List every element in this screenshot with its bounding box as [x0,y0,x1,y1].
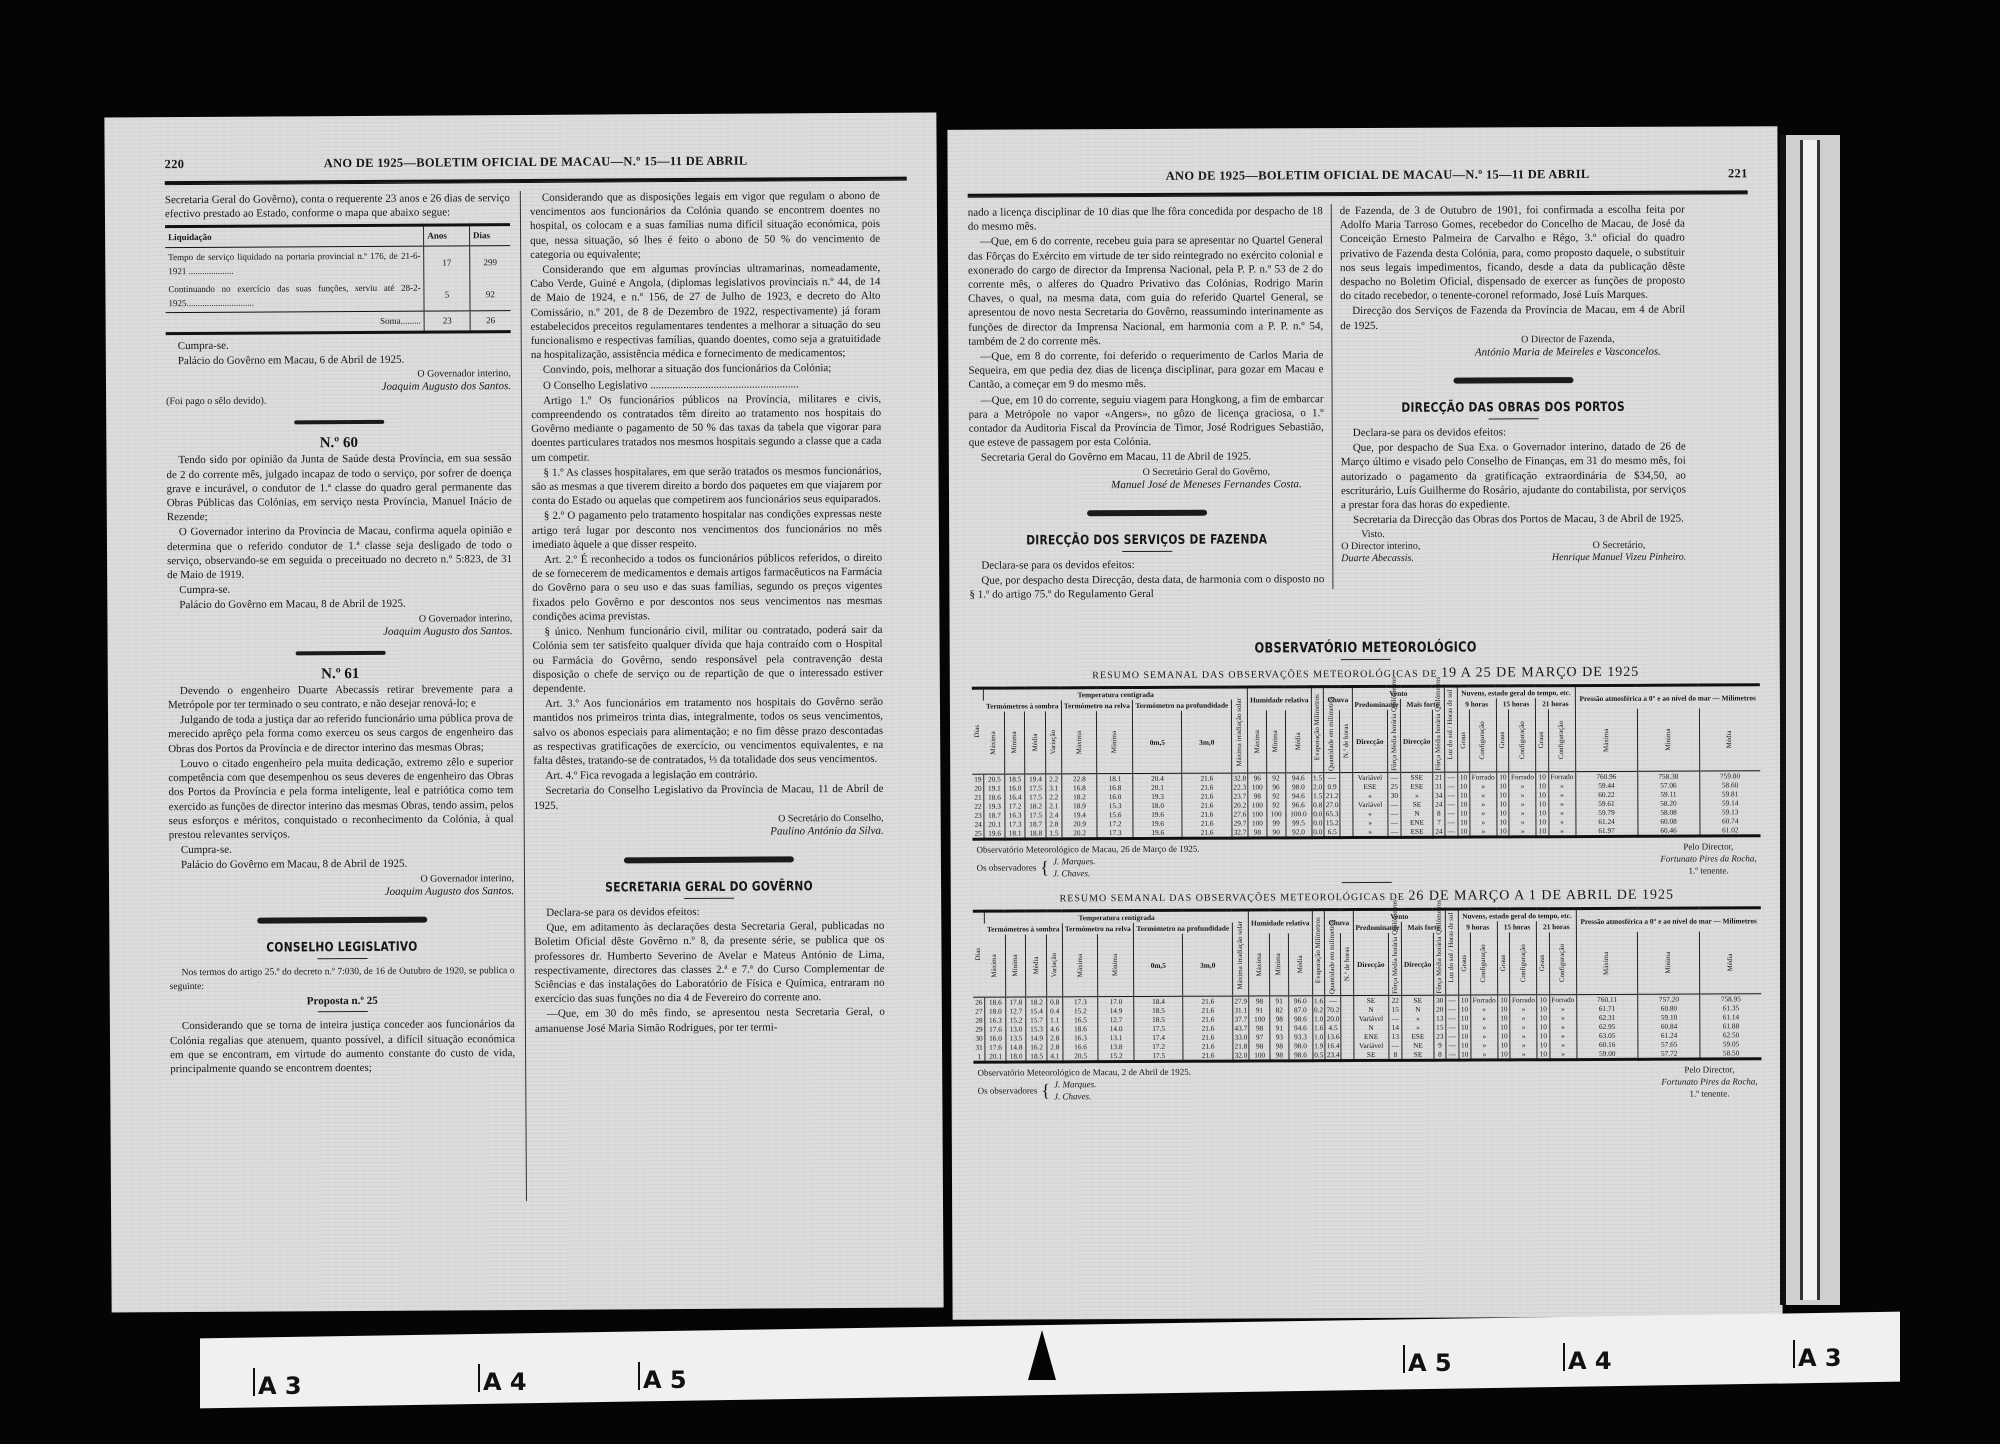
cell: 15.2 [1324,818,1340,827]
header-text: Graus [1499,933,1508,993]
signature-name: Henrique Manuel Vizeu Pinheiro. [1552,552,1686,564]
cell: 82 [1270,1005,1288,1014]
cell: » [1470,826,1497,837]
cell: 10 [1497,817,1509,826]
separator [684,898,734,899]
paragraph: Palácio do Govêrno em Macau, 8 de Abril … [169,856,514,872]
observers-label: Os observadores [977,861,1037,873]
sub: Mínima [1004,711,1025,774]
cell: » [1471,1013,1498,1022]
cell: 1 [973,1052,985,1063]
column-divider [1331,204,1334,589]
cell: 17.5 [1025,783,1046,792]
paragraph: Devendo o engenheiro Duarte Abecassis re… [168,682,513,713]
cell: 28 [973,1016,985,1025]
running-title: ANO DE 1925—BOLETIM OFICIAL DE MACAU—N.º… [1008,166,1748,184]
cell: 21.6 [1182,810,1231,819]
cell: 1.5 [1311,791,1324,800]
cell: Forrado [1509,772,1536,782]
cell: 23.7 [1232,792,1248,801]
cell: 1.0 [1312,1032,1325,1041]
cell: 16.2 [1026,1042,1047,1051]
paragraph: Direcção dos Serviços de Fazenda da Prov… [1340,303,1685,333]
cell: 10 [1537,1004,1549,1013]
header-text: Média [1032,935,1041,995]
sub: Máxima [1062,934,1098,997]
cell: 2.8 [1046,819,1062,828]
cell: » [1402,1023,1433,1032]
header-9h: 9 horas [1457,698,1496,709]
sub: Direcção [1402,933,1434,996]
paragraph: Cumpra-se. [167,581,512,597]
cell: » [1549,1004,1576,1013]
sub: Mínima [1097,711,1133,774]
cell: 99 [1267,818,1286,827]
cell [1340,773,1352,783]
cell: SE [1401,800,1432,809]
observers-names: J. Marques.J. Chaves. [1053,855,1096,879]
cell: 17.2 [1097,819,1133,828]
header-pressao: Pressão atmosférica a 0° e ao nível do m… [1576,908,1761,932]
cell: 760.11 [1576,994,1638,1004]
cell: » [1549,826,1576,837]
cell: 32.7 [1232,828,1248,839]
gutter-notch [1028,1330,1056,1380]
rank: 1.º tenente. [1661,1087,1757,1099]
cell: 60.80 [1638,1004,1700,1013]
cell: 10 [1457,791,1469,800]
cell: 57.65 [1638,1040,1700,1049]
separator [295,651,385,656]
header-text: Configuração [1518,710,1527,770]
liquidacao-table: Liquidação Anos Dias Tempo de serviço li… [165,223,511,334]
cell: 16.5 [1063,1015,1099,1024]
cell: 18.8 [1025,828,1046,839]
header-irrad: Máxima irradiação solar [1232,923,1249,997]
cell: 21.6 [1182,773,1231,783]
cell: 59.61 [1575,799,1637,808]
cell: 10 [1458,1041,1470,1050]
cell: 59.13 [1700,807,1761,816]
pelo-label: Pelo Director, [1661,1063,1757,1075]
cell: — [1388,818,1402,827]
header-15h: 15 horas [1497,921,1536,932]
cell: 6.5 [1324,827,1340,838]
header-text: Mínima [1271,711,1280,771]
cell: 15.3 [1026,1024,1047,1033]
cell: 18.6 [984,793,1005,802]
tick-icon [1793,1340,1795,1368]
cell: » [1402,1014,1433,1023]
header-evap: Evaporação Milímetros [1311,687,1324,773]
cell: 299 [470,245,511,278]
header-text: Quantidade em milímetros [1327,711,1336,771]
cell: 98 [1249,1023,1270,1032]
cell: — [1445,782,1457,791]
paragraph: Cumpra-se. [166,337,511,353]
col-dias: Dias [973,911,985,997]
cell: Soma......... [166,312,425,334]
header-text: Média [1726,932,1735,992]
cell: 18.0 [985,1007,1006,1016]
section-header: SECRETARIA GERAL DO GOVÊRNO [566,880,853,896]
cell: 62.95 [1576,1022,1638,1031]
cell: 61.02 [1700,825,1761,836]
cell: 10 [1498,1049,1510,1060]
cell: 98 [1248,827,1267,838]
cell: 12.7 [1006,1006,1027,1015]
paragraph: nado a licença disciplinar de 10 dias qu… [968,204,1323,234]
cell: 2.2 [1046,774,1062,784]
cell: — [1446,1023,1458,1032]
observer-name: J. Chaves. [1054,1091,1091,1101]
signature-name: Joaquim Augusto dos Santos. [382,380,511,393]
sub: 0m,5 [1132,711,1182,774]
cell: » [1550,1031,1577,1040]
sub: N.º de horas [1341,933,1354,996]
sub: Máxima [1061,711,1097,774]
sub: Variação [1045,711,1061,774]
cell: ESE [1353,782,1388,791]
cell: 100 [1248,818,1267,827]
cell: — [1446,1032,1458,1041]
cell: 759.80 [1699,771,1760,781]
header-pressao: Pressão atmosférica a 0° e ao nível do m… [1575,685,1760,709]
cell: — [1445,827,1457,838]
cell: » [1509,799,1536,808]
cell: 98.6 [1289,1050,1313,1061]
footer-right: Pelo Director, Fortunato Pires da Rocha,… [1661,1063,1757,1099]
separator [624,856,794,863]
cell: 58.50 [1700,1048,1761,1059]
cell: 20.2 [1232,801,1248,810]
cell: 10 [1498,1013,1510,1022]
observers-names: J. Marques.J. Chaves. [1054,1078,1097,1102]
cell: 17.3 [1097,828,1133,839]
cell: » [1510,1049,1537,1060]
mark-label: A 4 [483,1368,527,1396]
cell: 2.8 [1047,1042,1063,1051]
header-text: Média [1031,712,1040,772]
cell: — [1445,809,1457,818]
cell: 2.8 [1047,1033,1063,1042]
signature-name: Duarte Abecassis. [1341,553,1414,564]
cell: 19 [972,774,984,784]
section-header: CONSELHO LEGISLATIVO [200,940,483,956]
cell: 10 [1457,800,1469,809]
cell: 23 [972,811,984,820]
cell: 0.0 [1312,818,1325,827]
paragraph: Que, em aditamento às declarações desta … [534,919,885,1006]
cell: 37.7 [1233,1015,1249,1024]
cell: » [1509,817,1536,826]
sub: Fôrça Média horária Quilómetros [1433,933,1446,996]
cell: 59.81 [1699,789,1760,798]
cell: 24 [1433,827,1445,838]
header-text: Evaporação Milímetros [1314,923,1323,983]
cell: SE [1402,995,1433,1005]
observer-name: J. Chaves. [1053,868,1090,878]
cell: 10 [1498,1022,1510,1031]
header-text: Variação [1049,712,1058,772]
sub: Máxima [1575,709,1637,772]
header-text: Máxima [1602,710,1611,770]
cell: 91 [1249,1005,1270,1014]
cell: 62.31 [1576,1013,1638,1022]
footer-left: Observatório Meteorológico de Macau, 2 d… [977,1066,1191,1103]
sub: 3m,0 [1182,711,1232,774]
header-text: Dias [974,940,983,970]
header-text: Fôrça Média horária Quilómetros [1434,711,1443,771]
cell: 87.0 [1288,1005,1312,1014]
cell: 100 [1248,809,1267,818]
cell: 100.0 [1285,809,1311,818]
table-footer: Observatório Meteorológico de Macau, 2 d… [977,1063,1757,1102]
cell: 19.6 [1133,810,1182,819]
cell: 15.3 [1097,801,1133,810]
left-column-2: Considerando que as disposições legais e… [530,189,885,1037]
sub: Quantidade em milímetros [1325,933,1342,996]
running-head-left: 220 ANO DE 1925—BOLETIM OFICIAL DE MACAU… [165,153,907,180]
right-column-2: de Fazenda, de 3 de Outubro de 1901, foi… [1340,203,1687,566]
cell: 10 [1457,818,1469,827]
cell: » [1470,781,1497,790]
cell: 0.0 [1312,827,1325,838]
sub: Mínima [1098,934,1134,997]
table-row: Continuando no exercício das suas funçõe… [165,278,510,313]
cell: 13.8 [1098,1042,1134,1051]
cell: 60.46 [1638,826,1700,837]
meteo-rows: 2618.617.818.20.817.317.018.421.627.9989… [973,994,1761,1062]
footer-place: Observatório Meteorológico de Macau, 26 … [977,843,1200,856]
cell: 18.7 [1025,819,1046,828]
cell: — [1445,791,1457,800]
cell: 22 [1388,995,1402,1005]
cell: 98 [1249,1041,1270,1050]
header-text: Configuração [1479,933,1488,993]
header-text: Luz do sol / Horas de sol [1446,700,1455,760]
cell: 15.4 [1026,1006,1047,1015]
cell: 100 [1249,1050,1270,1061]
meteo-rows: 1920.518.519.42.222.818.120.421.632.8969… [972,771,1760,839]
cell: » [1470,799,1497,808]
header-text: Configuração [1557,710,1566,770]
pelo-label: Pelo Director, [1660,840,1756,852]
cell: 1.0 [1312,1014,1325,1023]
frame-mark: A 4 [1560,1343,1612,1375]
cell: 757.20 [1638,994,1700,1004]
cell: 16.8 [1097,783,1133,792]
cell: — [1388,809,1402,818]
cell: 98 [1270,1041,1288,1050]
header-text: Quantidade em milímetros [1328,934,1337,994]
header-text: N.º de horas [1342,711,1351,771]
cell: 17.5 [1134,1024,1183,1033]
signature-title: O Secretário, [1552,540,1686,553]
cell: 10 [1498,995,1510,1005]
paragraph: Considerando que se torna de inteira jus… [170,1017,515,1076]
cell: 4.1 [1047,1051,1063,1062]
cell: 60.16 [1576,1040,1638,1049]
paragraph: —Que, em 10 do corrente, seguiu viagem p… [969,392,1324,450]
sub: Direcção [1401,710,1433,773]
cell: 22.3 [1232,783,1248,792]
header-21h: 21 horas [1536,698,1575,709]
total-row: Soma......... 23 26 [166,311,511,333]
header-text: Luz do sol / Horas de sol [1447,923,1456,983]
cell: 19.1 [984,784,1005,793]
paragraph: Secretaria Geral do Govêrno), conta o re… [165,191,510,222]
cell: 19.4 [1062,810,1098,819]
cell: 16.0 [1005,783,1026,792]
cell [1341,1050,1353,1061]
cell: 10 [1458,1014,1470,1023]
tick-icon [1403,1345,1405,1373]
paragraph: § 2.º O pagamento pelo tratamento hospit… [532,507,882,552]
cell: 24 [1433,800,1445,809]
cell: 21.6 [1183,1006,1232,1015]
cell: — [1445,818,1457,827]
cell: 0.4 [1047,1006,1063,1015]
cell: 98 [1270,1014,1288,1023]
cell: — [1445,772,1457,782]
paragraph: Palácio do Govêrno em Macau, 8 de Abril … [167,597,512,613]
paragraph: Que, por despacho desta Direcção, desta … [969,572,1324,602]
sub: 3m,0 [1183,934,1233,997]
cell: 1.5 [1046,828,1062,839]
cell: 19.6 [1133,828,1182,839]
sub: Média [1699,708,1760,771]
sub: Configuração [1548,709,1575,772]
header-sombra: Termómetros à sombra [985,923,1063,934]
sub: Máxima [1576,932,1638,995]
cell: 18.6 [985,997,1006,1007]
cell: 20.5 [1063,1051,1099,1062]
header-text: Mínima [1664,710,1673,770]
cell: 18.5 [1005,774,1026,784]
sub: Mínima [1266,710,1285,773]
header-text: Configuração [1558,933,1567,993]
signature-name: António Maria de Meireles e Vasconcelos. [1475,346,1661,359]
cell: 96.6 [1285,800,1311,809]
cell: 93.3 [1288,1032,1312,1041]
paragraph: Considerando que as disposições legais e… [530,189,880,262]
cell: » [1510,1040,1537,1049]
cell: 61.35 [1700,1003,1761,1012]
cell: 31.1 [1233,1006,1249,1015]
cell: 1.9 [1312,1041,1325,1050]
cell: 10 [1536,808,1548,817]
cell: 18.0 [1133,801,1182,810]
header-text: Mínima [1010,713,1019,773]
frame-mark: A 5 [635,1362,687,1394]
cell: 20.0 [1325,1014,1341,1023]
cell: 18.1 [1097,774,1133,784]
header-text: Fôrça Média horária Quilómetros [1390,934,1399,994]
cell: 14.8 [1006,1042,1027,1051]
cell: 60.74 [1700,816,1761,825]
cell: 15.2 [1098,1051,1134,1062]
frame-mark: A 4 [475,1364,527,1396]
paragraph: Considerando que em algumas províncias u… [530,261,881,363]
paragraph: Secretaria Geral do Govêrno em Macau, 11… [969,450,1324,466]
tick-icon [1563,1343,1565,1371]
cell: » [1509,808,1536,817]
section-number: N.º 60 [166,435,511,451]
cell: Variável [1354,1014,1389,1023]
sub: Graus [1536,709,1549,772]
header-text: Graus [1498,710,1507,770]
cell: 98.0 [1285,782,1311,791]
cell: 21.6 [1183,1051,1232,1062]
header-text: Máxima [1076,935,1085,995]
cell: 10 [1497,772,1509,782]
cell: ESE [1401,827,1432,838]
left-page: 220 ANO DE 1925—BOLETIM OFICIAL DE MACAU… [104,112,943,1312]
cell: Forrado [1510,995,1537,1005]
paragraph: Secretaria da Direcção das Obras dos Por… [1341,512,1686,528]
cell: Forrado [1471,995,1498,1005]
header-21h: 21 horas [1537,921,1576,932]
cell: 99.5 [1285,818,1311,827]
cell: 16.4 [1325,1041,1341,1050]
cell: » [1510,1004,1537,1013]
cell: 10 [1457,782,1469,791]
observers-label: Os observadores [978,1084,1038,1096]
separator [1341,659,1391,660]
cell: 18.7 [984,811,1005,820]
cell: 10 [1458,827,1470,838]
observers: Os observadores { J. Marques.J. Chaves. [978,1078,1192,1103]
week-title-prefix: RESUMO SEMANAL DAS OBSERVAÇÕES METEOROLÓ… [1060,892,1405,905]
cell: Variável [1354,1041,1389,1050]
cell: 10 [1536,826,1548,837]
cell: 10 [1498,1004,1510,1013]
signature: O Director de Fazenda, António Maria de … [1340,332,1685,360]
header-text: N.º de horas [1343,934,1352,994]
observer-name: J. Marques. [1053,856,1095,866]
cell: 17.4 [1134,1033,1183,1042]
meteo-table-week-1: Dias Temperatura centígrada Humidade rel… [972,683,1761,840]
cell: 98 [1270,1050,1288,1061]
sub: Configuração [1470,932,1497,995]
paragraph: § 1.º As classes hospitalares, em que se… [531,464,881,509]
cell: 34 [1433,791,1445,800]
header-text: Graus [1538,933,1547,993]
cell: 1.6 [1312,996,1325,1006]
director-name: Fortunato Pires da Rocha, [1661,1076,1757,1086]
header-humidade: Humidade relativa [1248,687,1312,711]
cell: — [1446,995,1458,1005]
cell: 20.1 [984,820,1005,829]
proposta-title: Proposta n.º 25 [170,993,515,1009]
paragraph: Que, por despacho de Sua Exa. o Governad… [1341,440,1686,513]
cell: 91 [1270,1023,1288,1032]
header-relva: Termómetro na relva [1062,923,1133,934]
header-text: Média [1294,711,1303,771]
cell: » [1509,826,1536,837]
cell: — [1445,800,1457,809]
cell: 23 [424,311,470,331]
col-header: Liquidação [165,226,424,248]
page-number: 221 [1728,166,1748,181]
cell: 60.22 [1575,790,1637,799]
cell: 10 [1457,772,1469,782]
week-title-range: 26 DE MARÇO A 1 DE ABRIL DE 1925 [1408,888,1674,904]
cell: 17.6 [985,1025,1006,1034]
cell: 43.7 [1233,1024,1249,1033]
header-text: Graus [1459,711,1468,771]
